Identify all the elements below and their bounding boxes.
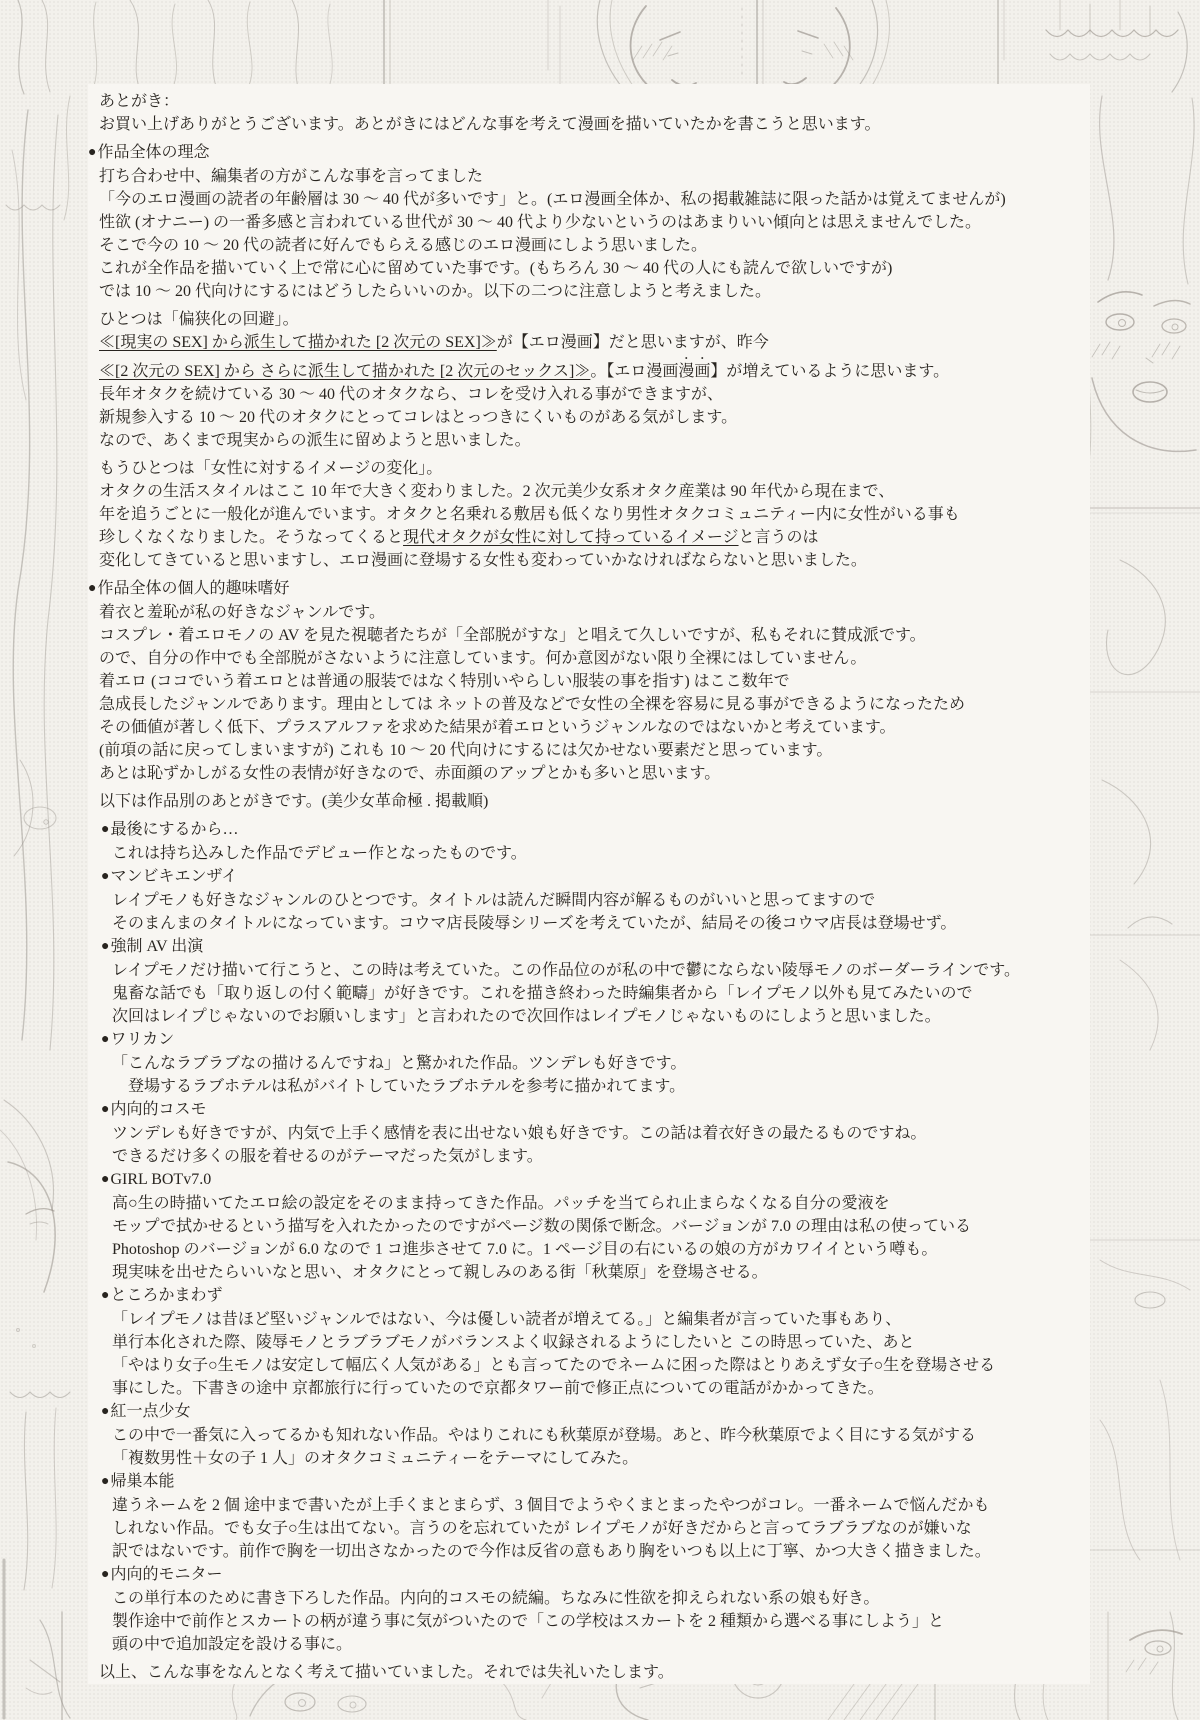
text-line: ひとつは「偏狭化の回避」。 — [88, 308, 305, 331]
text-line: 新規参入する 10 ～ 20 代のオタクにとってコレはとっつきにくいものがある気… — [88, 406, 743, 429]
text-run: なので、あくまで現実からの派生に留めようと思いました。 — [99, 432, 531, 449]
section-heading: ●強制 AV 出演 — [88, 935, 209, 959]
text-run: これは持ち込みした作品でデビュー作となったものです。 — [112, 845, 527, 862]
text-run: 帰巣本能 — [110, 1473, 174, 1490]
text-run: 現実味を出せたらいいなと思い、オタクにとって親しみのある街「秋葉原」を登場させる… — [112, 1264, 768, 1281]
text-run: 単行本化された際、陵辱モノとラブラブモノがバランスよく収録されるようにしたいと … — [112, 1334, 915, 1351]
text-run: (前項の話に戻ってしまいますが) これも 10 ～ 20 代向けにするには欠かせ… — [99, 742, 832, 759]
text-run: Photoshop のバージョンが 6.0 なので 1 コ進歩させて 7.0 に… — [112, 1241, 937, 1258]
bullet-icon: ● — [101, 822, 109, 837]
section-heading: ●帰巣本能 — [88, 1470, 180, 1494]
paragraph-gap — [88, 136, 1090, 141]
text-run: レイプモノも好きなジャンルのひとつです。タイトルは読んだ瞬間内容が解るものがいい… — [112, 892, 875, 909]
section-heading: ●紅一点少女 — [88, 1400, 196, 1424]
text-line: 違うネームを 2 個 途中まで書いたが上手くまとまらず、3 個目でようやくまとま… — [88, 1494, 995, 1517]
text-run: 次回はレイプじゃないのでお願いします」と言われたので次回作はレイプモノじゃないも… — [112, 1008, 941, 1025]
text-line: 「やはり女子○生モノは安定して幅広く人気がある」とも言ってたのでネームに困った際… — [88, 1354, 1001, 1377]
text-line: お買い上げありがとうございます。あとがきにはどんな事を考えて漫画を描いていたかを… — [88, 113, 886, 136]
text-line: 打ち合わせ中、編集者の方がこんな事を言ってました — [88, 165, 489, 188]
text-run: 年を追うごとに一般化が進んでいます。オタクと名乗れる敷居も低くなり男性オタクコミ… — [99, 506, 960, 523]
section-heading: ●マンビキエンザイ — [88, 865, 243, 889]
section-heading: ●最後にするから… — [88, 818, 244, 842]
text-run: ツンデレも好きですが、内気で上手く感情を表に出せない娘も好きです。この話は着衣好… — [112, 1125, 926, 1142]
text-line: モップで拭かせるという描写を入れたかったのですがページ数の関係で断念。バージョン… — [88, 1215, 977, 1238]
text-line: そこで今の 10 ～ 20 代の読者に好んでもらえる感じのエロ漫画にしよう思いま… — [88, 234, 713, 257]
afterword-content: あとがき：お買い上げありがとうございます。あとがきにはどんな事を考えて漫画を描い… — [88, 84, 1090, 1684]
text-line: 訳ではないです。前作で胸を一切出さなかったので今作は反省の意もあり胸をいつも以上… — [88, 1540, 997, 1563]
bullet-icon: ● — [101, 1404, 109, 1419]
text-run: 高○生の時描いてたエロ絵の設定をそのまま持ってきた作品。パッチを当てられ止まらな… — [112, 1195, 890, 1212]
text-line: この中で一番気に入ってるかも知れない作品。やはりこれにも秋葉原が登場。あと、昨今… — [88, 1424, 982, 1447]
text-run: 性欲 (オナニー) の一番多感と言われている世代が 30 ～ 40 代より少ない… — [99, 214, 981, 231]
text-run: 作品全体の理念 — [97, 144, 209, 161]
section-heading: ●作品全体の個人的趣味嗜好 — [88, 577, 295, 601]
text-line: 単行本化された際、陵辱モノとラブラブモノがバランスよく収録されるようにしたいと … — [88, 1331, 921, 1354]
text-run: ワリカン — [110, 1031, 174, 1048]
section-heading: ●ところかまわず — [88, 1284, 228, 1308]
text-run: と言うのは — [739, 529, 819, 546]
bullet-icon: ● — [101, 1288, 109, 1303]
section-heading: ●ワリカン — [88, 1028, 180, 1052]
text-line: 「複数男性＋女の子 1 人」のオタクコミュニティーをテーマにしてみた。 — [88, 1447, 644, 1470]
text-run: 頭の中で追加設定を設ける事に。 — [112, 1636, 352, 1653]
text-run: あとがき： — [99, 93, 179, 110]
text-line: ≪[2 次元の SEX] から さらに派生して描かれた [2 次元のセックス]≫… — [88, 354, 955, 383]
bullet-icon: ● — [101, 869, 109, 884]
text-line: ≪[現実の SEX] から派生して描かれた [2 次元の SEX]≫が【エロ漫画… — [88, 331, 775, 354]
text-line: これは持ち込みした作品でデビュー作となったものです。 — [88, 842, 533, 865]
text-run: コスプレ・着エロモノの AV を見た視聴者たちが「全部脱がすな」と唱えて久しいで… — [99, 627, 926, 644]
text-run: これが全作品を描いていく上で常に心に留めていた事です。(もちろん 30 ～ 40… — [99, 260, 892, 277]
section-heading: ●内向的モニター — [88, 1563, 228, 1587]
text-line: (前項の話に戻ってしまいますが) これも 10 ～ 20 代向けにするには欠かせ… — [88, 739, 838, 762]
text-line: あとは恥ずかしがる女性の表情が好きなので、赤面顔のアップとかも多いと思います。 — [88, 762, 726, 785]
text-run: 新規参入する 10 ～ 20 代のオタクにとってコレはとっつきにくいものがある気… — [99, 409, 737, 426]
text-run: この中で一番気に入ってるかも知れない作品。やはりこれにも秋葉原が登場。あと、昨今… — [112, 1427, 976, 1444]
text-line: 着衣と羞恥が私の好きなジャンルです。 — [88, 601, 391, 624]
text-run: ところかまわず — [110, 1287, 222, 1304]
text-line: 珍しくなくなりました。そうなってくると現代オタクが女性に対して持っているイメージ… — [88, 526, 825, 549]
text-line: レイプモノも好きなジャンルのひとつです。タイトルは読んだ瞬間内容が解るものがいい… — [88, 889, 881, 912]
text-run: 最後にするから… — [110, 821, 238, 838]
text-line: 高○生の時描いてたエロ絵の設定をそのまま持ってきた作品。パッチを当てられ止まらな… — [88, 1192, 896, 1215]
bullet-icon: ● — [101, 1102, 109, 1117]
text-line: コスプレ・着エロモノの AV を見た視聴者たちが「全部脱がすな」と唱えて久しいで… — [88, 624, 932, 647]
text-line: 着エロ (ココでいう着エロとは普通の服装ではなく特別いやらしい服装の事を指す) … — [88, 670, 796, 693]
text-run: 以上、こんな事をなんとなく考えて描いていました。それでは失礼いたします。 — [99, 1664, 674, 1681]
text-run: では 10 ～ 20 代向けにするにはどうしたらいいのか。以下の二つに注意しよう… — [99, 283, 771, 300]
text-line: Photoshop のバージョンが 6.0 なので 1 コ進歩させて 7.0 に… — [88, 1238, 943, 1261]
text-run: 着衣と羞恥が私の好きなジャンルです。 — [99, 604, 385, 621]
text-run: この単行本のために書き下ろした作品。内向的コスモの続編。ちなみに性欲を抑えられな… — [112, 1590, 879, 1607]
text-line: しれない作品。でも女子○生は出てない。言うのを忘れていたが レイプモノが好きだか… — [88, 1517, 978, 1540]
text-line: 以下は作品別のあとがきです。(美少女革命極 . 掲載順) — [88, 790, 494, 813]
text-run: そのまんまのタイトルになっています。コウマ店長陵辱シリーズを考えていたが、結局そ… — [112, 915, 956, 932]
text-run: GIRL BOTv7.0 — [110, 1171, 211, 1188]
text-line: なので、あくまで現実からの派生に留めようと思いました。 — [88, 429, 537, 452]
bullet-icon: ● — [101, 1567, 109, 1582]
text-run: 鬼畜な話でも「取り返しの付く範疇」が好きです。これを描き終わった時編集者から「レ… — [112, 985, 972, 1002]
text-run: その価値が著しく低下、プラスアルファを求めた結果が着エロというジャンルなのではな… — [99, 719, 896, 736]
text-run: お買い上げありがとうございます。あとがきにはどんな事を考えて漫画を描いていたかを… — [99, 116, 880, 133]
text-run: あとは恥ずかしがる女性の表情が好きなので、赤面顔のアップとかも多いと思います。 — [99, 765, 720, 782]
text-run: もうひとつは「女性に対するイメージの変化」。 — [99, 460, 442, 477]
text-line: オタクの生活スタイルはここ 10 年で大きく変わりました。2 次元美少女系オタク… — [88, 480, 900, 503]
text-run: ≪[現実の SEX] から派生して描かれた [2 次元の SEX]≫ — [99, 334, 497, 351]
text-run: レイプモノだけ描いて行こうと、この時は考えていた。この作品位のが私の中で鬱になら… — [112, 962, 1020, 979]
text-run: 以下は作品別のあとがきです。(美少女革命極 . 掲載順) — [99, 793, 488, 810]
text-line: もうひとつは「女性に対するイメージの変化」。 — [88, 457, 448, 480]
text-run: オタクの生活スタイルはここ 10 年で大きく変わりました。2 次元美少女系オタク… — [99, 483, 894, 500]
bullet-icon: ● — [101, 1474, 109, 1489]
text-run: 「やはり女子○生モノは安定して幅広く人気がある」とも言ってたのでネームに困った際… — [112, 1357, 995, 1374]
text-run: 変化してきていると思いますし、エロ漫画に登場する女性も変わっていかなければならな… — [99, 552, 867, 569]
text-line: 「こんなラブラブなの描けるんですね」と驚かれた作品。ツンデレも好きです。 — [88, 1052, 692, 1075]
text-line: できるだけ多くの服を着せるのがテーマだった気がします。 — [88, 1145, 549, 1168]
bullet-icon: ● — [88, 145, 96, 160]
text-line: 事にした。下書きの途中 京都旅行に行っていたので京都タワー前で修正点についての電… — [88, 1377, 890, 1400]
section-heading: ●作品全体の理念 — [88, 141, 215, 165]
text-run: 内向的モニター — [110, 1566, 222, 1583]
text-line: 次回はレイプじゃないのでお願いします」と言われたので次回作はレイプモノじゃないも… — [88, 1005, 947, 1028]
text-run: 長年オタクを続けている 30 ～ 40 代のオタクなら、コレを受け入れる事ができ… — [99, 386, 723, 403]
border-sketch-top — [18, 0, 1187, 96]
text-run: 打ち合わせ中、編集者の方がこんな事を言ってました — [99, 168, 483, 185]
text-run: 内向的コスモ — [110, 1101, 206, 1118]
text-line: 製作途中で前作とスカートの柄が違う事に気がついたので「この学校はスカートを 2 … — [88, 1610, 950, 1633]
text-run: ≪[2 次元の SEX] から さらに派生して描かれた [2 次元のセックス]≫ — [99, 363, 590, 380]
text-run: 作品全体の個人的趣味嗜好 — [97, 580, 289, 597]
text-line: 急成長したジャンルであります。理由としては ネットの普及などで女性の全裸を容易に… — [88, 693, 971, 716]
text-run: 漫画 — [678, 363, 710, 380]
text-run: 登場するラブホテルは私がバイトしていたラブホテルを参考に描かれてます。 — [112, 1078, 685, 1095]
text-line: 登場するラブホテルは私がバイトしていたラブホテルを参考に描かれてます。 — [88, 1075, 691, 1098]
text-run: 「複数男性＋女の子 1 人」のオタクコミュニティーをテーマにしてみた。 — [112, 1450, 638, 1467]
text-run: 製作途中で前作とスカートの柄が違う事に気がついたので「この学校はスカートを 2 … — [112, 1613, 944, 1630]
bullet-icon: ● — [101, 1032, 109, 1047]
section-heading: ●内向的コスモ — [88, 1098, 212, 1122]
section-heading: ●GIRL BOTv7.0 — [88, 1168, 217, 1192]
bullet-icon: ● — [101, 939, 109, 954]
text-run: できるだけ多くの服を着せるのがテーマだった気がします。 — [112, 1148, 543, 1165]
text-run: 事にした。下書きの途中 京都旅行に行っていたので京都タワー前で修正点についての電… — [112, 1380, 884, 1397]
text-run: しれない作品。でも女子○生は出てない。言うのを忘れていたが レイプモノが好きだか… — [112, 1520, 972, 1537]
text-line: これが全作品を描いていく上で常に心に留めていた事です。(もちろん 30 ～ 40… — [88, 257, 898, 280]
text-run: ので、自分の作中でも全部脱がさないように注意しています。何か意図がない限り全裸に… — [99, 650, 866, 667]
text-run: 現代オタクが女性に対して持っているイメージ — [403, 529, 739, 546]
text-run: 「レイプモノは昔ほど堅いジャンルではない、今は優しい読者が増えてる。」と編集者が… — [112, 1311, 901, 1328]
bullet-icon: ● — [88, 581, 96, 596]
text-run: 「今のエロ漫画の読者の年齢層は 30 ～ 40 代が多いです」と。(エロ漫画全体… — [99, 191, 1006, 208]
text-line: 変化してきていると思いますし、エロ漫画に登場する女性も変わっていかなければならな… — [88, 549, 873, 572]
text-run: マンビキエンザイ — [110, 868, 237, 885]
text-run: が【エロ漫画】だと思いますが、昨今 — [497, 334, 769, 351]
text-line: ので、自分の作中でも全部脱がさないように注意しています。何か意図がない限り全裸に… — [88, 647, 872, 670]
text-line: レイプモノだけ描いて行こうと、この時は考えていた。この作品位のが私の中で鬱になら… — [88, 959, 1026, 982]
text-run: 】が増えているように思います。 — [710, 363, 949, 380]
border-sketch-left — [0, 96, 70, 1718]
text-run: モップで拭かせるという描写を入れたかったのですがページ数の関係で断念。バージョン… — [112, 1218, 971, 1235]
text-run: 着エロ (ココでいう着エロとは普通の服装ではなく特別いやらしい服装の事を指す) … — [99, 673, 790, 690]
text-line: この単行本のために書き下ろした作品。内向的コスモの続編。ちなみに性欲を抑えられな… — [88, 1587, 885, 1610]
text-line: そのまんまのタイトルになっています。コウマ店長陵辱シリーズを考えていたが、結局そ… — [88, 912, 962, 935]
border-sketch-right — [1087, 96, 1200, 1560]
text-run: 「こんなラブラブなの描けるんですね」と驚かれた作品。ツンデレも好きです。 — [112, 1055, 686, 1072]
text-line: 「レイプモノは昔ほど堅いジャンルではない、今は優しい読者が増えてる。」と編集者が… — [88, 1308, 907, 1331]
text-line: 長年オタクを続けている 30 ～ 40 代のオタクなら、コレを受け入れる事ができ… — [88, 383, 729, 406]
text-run: 急成長したジャンルであります。理由としては ネットの普及などで女性の全裸を容易に… — [99, 696, 965, 713]
text-line: 頭の中で追加設定を設ける事に。 — [88, 1633, 358, 1656]
bullet-icon: ● — [101, 1172, 109, 1187]
text-line: 鬼畜な話でも「取り返しの付く範疇」が好きです。これを描き終わった時編集者から「レ… — [88, 982, 978, 1005]
text-run: 。【エロ漫画 — [590, 363, 678, 380]
text-run: そこで今の 10 ～ 20 代の読者に好んでもらえる感じのエロ漫画にしよう思いま… — [99, 237, 707, 254]
text-line: ツンデレも好きですが、内気で上手く感情を表に出せない娘も好きです。この話は着衣好… — [88, 1122, 932, 1145]
text-line: 以上、こんな事をなんとなく考えて描いていました。それでは失礼いたします。 — [88, 1661, 680, 1684]
text-run: 強制 AV 出演 — [110, 938, 203, 955]
text-line: 性欲 (オナニー) の一番多感と言われている世代が 30 ～ 40 代より少ない… — [88, 211, 987, 234]
text-line: あとがき： — [88, 90, 185, 113]
text-line: 現実味を出せたらいいなと思い、オタクにとって親しみのある街「秋葉原」を登場させる… — [88, 1261, 774, 1284]
text-line: 年を追うごとに一般化が進んでいます。オタクと名乗れる敷居も低くなり男性オタクコミ… — [88, 503, 966, 526]
text-run: 違うネームを 2 個 途中まで書いたが上手くまとまらず、3 個目でようやくまとま… — [112, 1497, 989, 1514]
text-line: その価値が著しく低下、プラスアルファを求めた結果が着エロというジャンルなのではな… — [88, 716, 902, 739]
text-run: 紅一点少女 — [110, 1403, 190, 1420]
text-run: ひとつは「偏狭化の回避」。 — [99, 311, 299, 328]
text-run: 珍しくなくなりました。そうなってくると — [99, 529, 403, 546]
text-run: 訳ではないです。前作で胸を一切出さなかったので今作は反省の意もあり胸をいつも以上… — [112, 1543, 991, 1560]
afterword-page: あとがき：お買い上げありがとうございます。あとがきにはどんな事を考えて漫画を描い… — [0, 0, 1200, 1720]
text-line: では 10 ～ 20 代向けにするにはどうしたらいいのか。以下の二つに注意しよう… — [88, 280, 777, 303]
text-line: 「今のエロ漫画の読者の年齢層は 30 ～ 40 代が多いです」と。(エロ漫画全体… — [88, 188, 1012, 211]
